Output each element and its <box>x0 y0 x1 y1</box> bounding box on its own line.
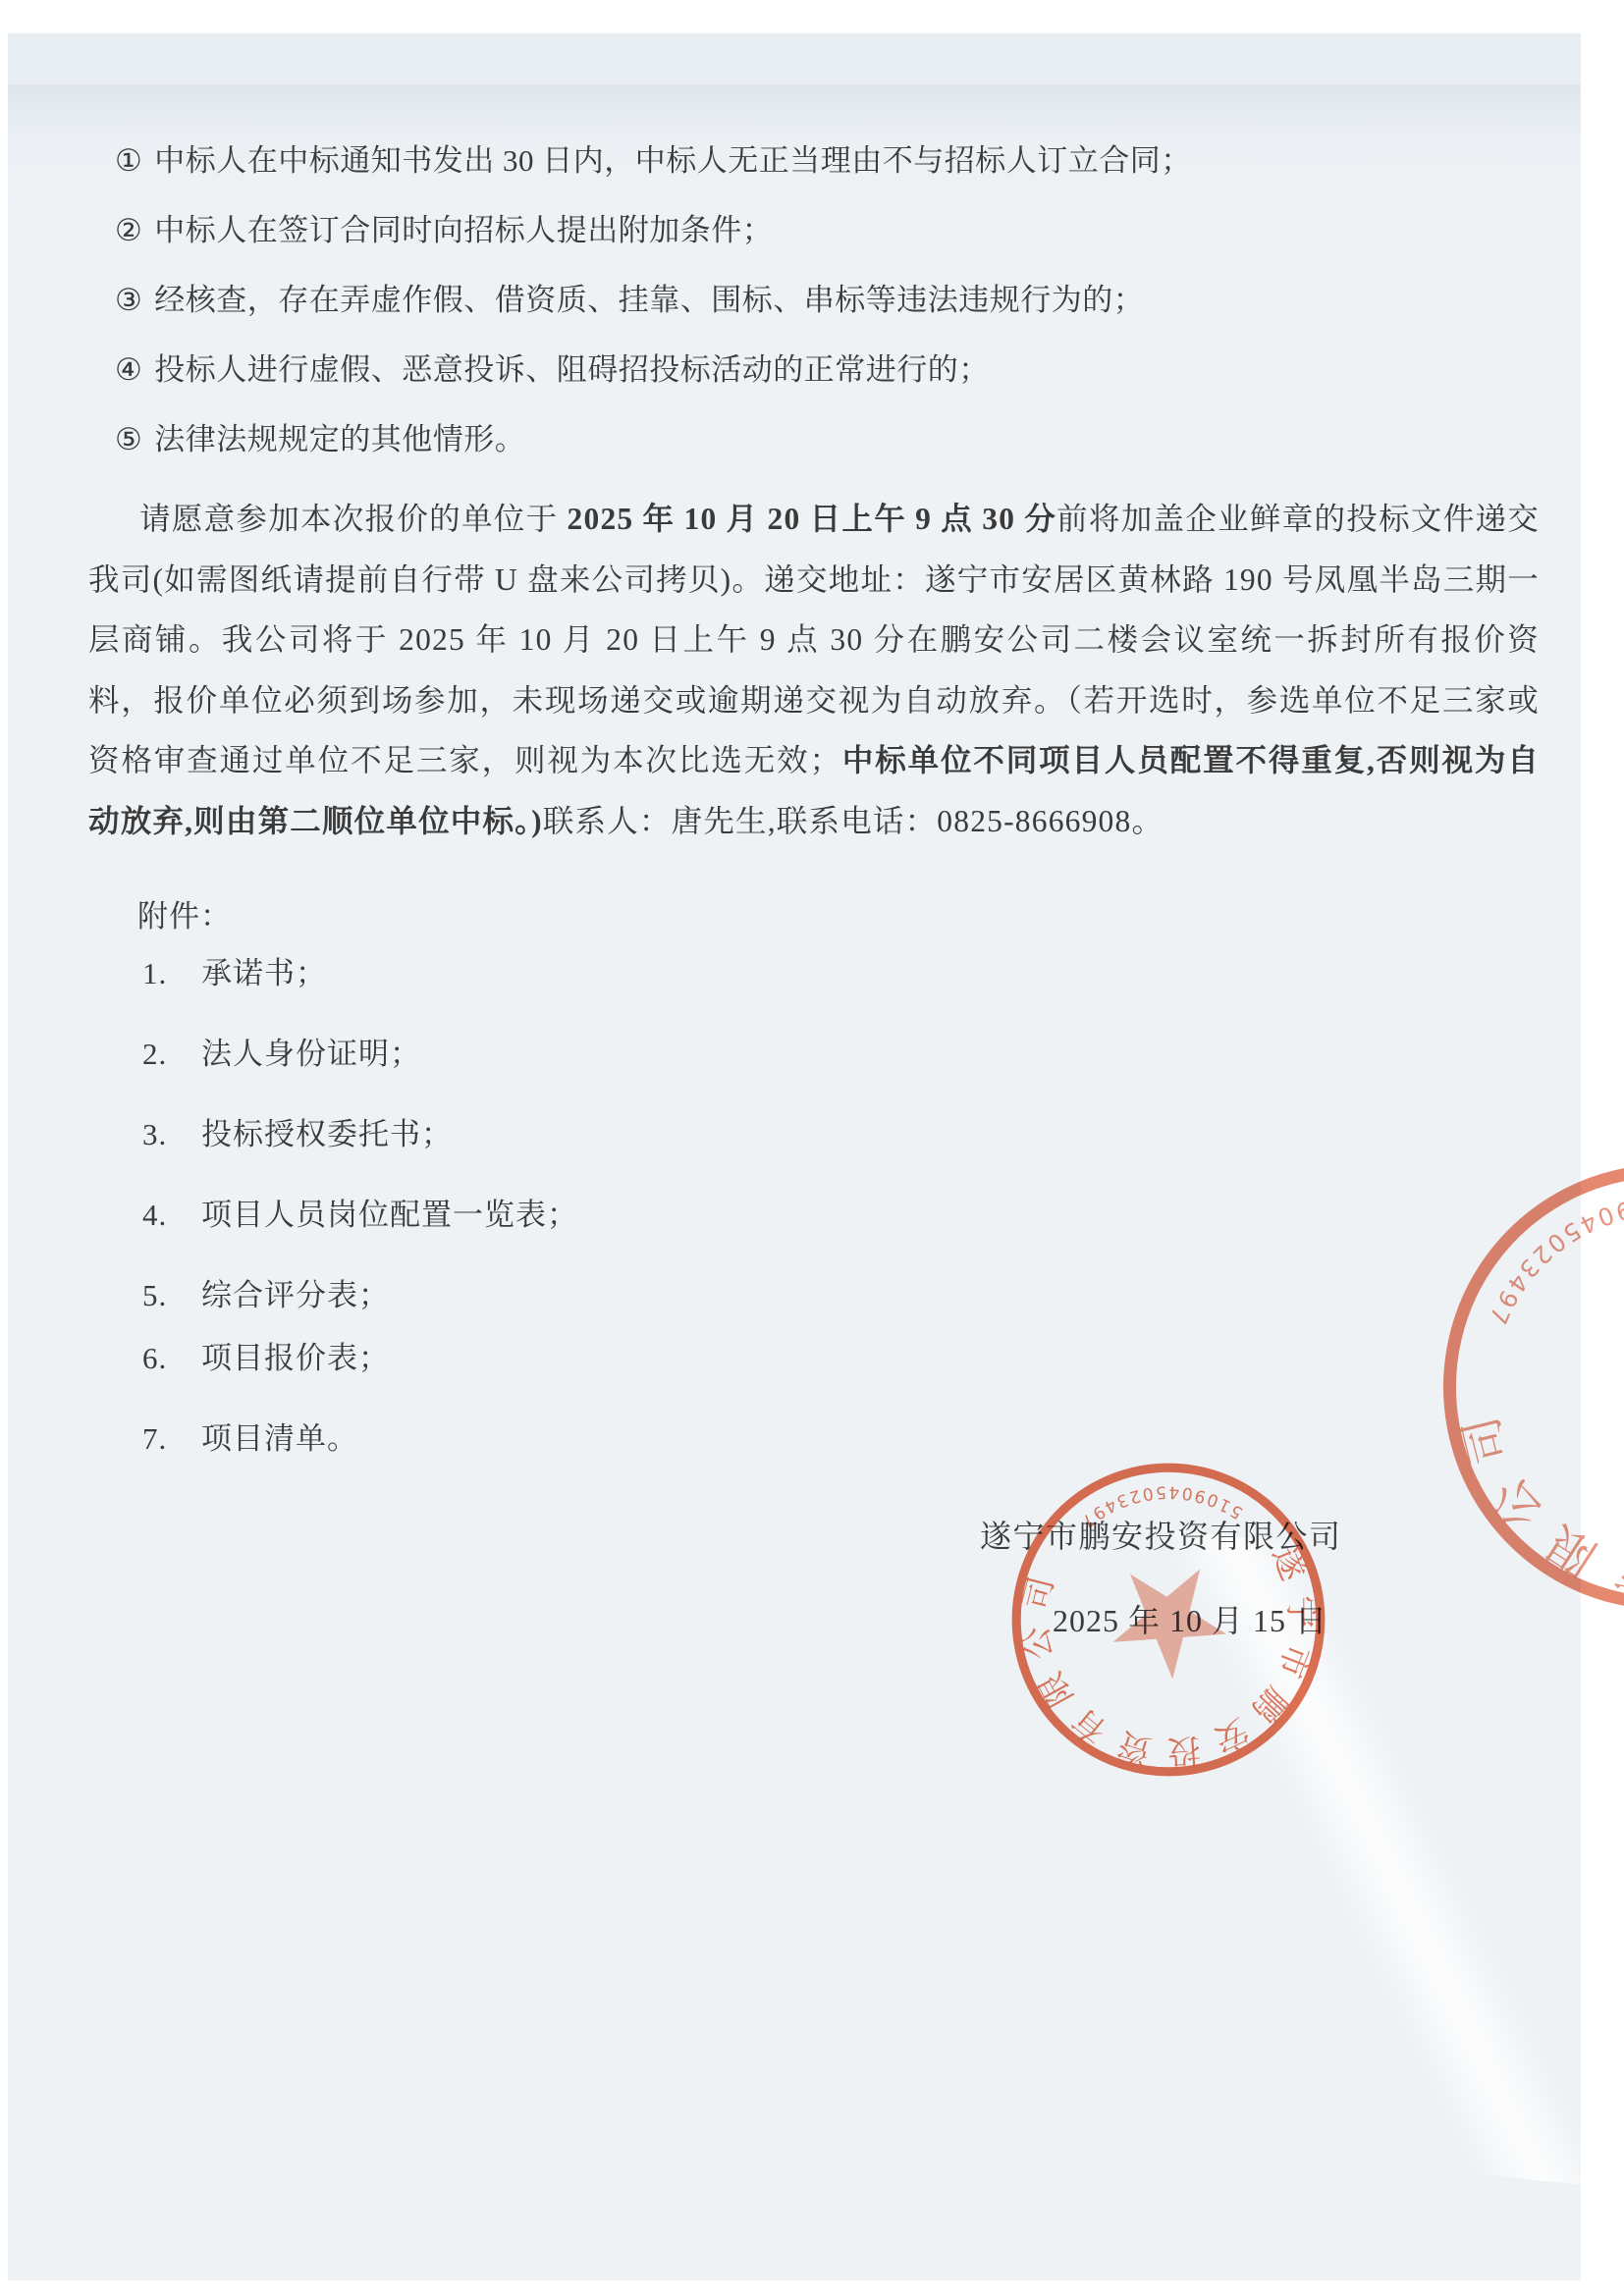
paragraph-segment: 请愿意参加本次报价的单位于 <box>139 502 568 536</box>
attachment-item: 4.项目人员岗位配置一览表； <box>142 1200 578 1230</box>
attachment-number: 4. <box>142 1200 201 1230</box>
attachment-number: 6. <box>142 1343 201 1373</box>
company-seal-stamp: 遂宁市鹏安投资有限公司 5109045023497 <box>988 1439 1348 1799</box>
clause-number: ② <box>115 213 142 247</box>
attachment-item: 1.承诺书； <box>142 958 578 988</box>
attachment-text: 法人身份证明； <box>201 1039 421 1069</box>
attachment-item: 2.法人身份证明； <box>142 1039 578 1069</box>
attachment-item: 7.项目清单。 <box>142 1423 578 1454</box>
attachment-number: 1. <box>142 958 201 988</box>
seal-ring <box>1368 1089 1624 1685</box>
clause-text: 中标人在中标通知书发出 30 日内，中标人无正当理由不与招标人订立合同； <box>154 143 1192 178</box>
clause-text: 经核查，存在弄虚作假、借资质、挂靠、围标、串标等违法违规行为的； <box>154 283 1144 317</box>
paragraph-segment: 前将加盖企业鲜章的投标文件递交我司(如需图纸请提前自行带 U 盘来公司拷贝)。递… <box>88 502 1540 777</box>
attachments-list: 1.承诺书； 2.法人身份证明； 3.投标授权委托书； 4.项目人员岗位配置一览… <box>142 958 578 1454</box>
clause-text: 投标人进行虚假、恶意投诉、阻碍招投标活动的正常进行的； <box>154 352 990 387</box>
clause-item: ②中标人在签订合同时向招标人提出附加条件； <box>115 215 1548 245</box>
clause-number: ③ <box>115 283 142 317</box>
attachment-number: 5. <box>142 1280 201 1310</box>
clause-item: ③经核查，存在弄虚作假、借资质、挂靠、围标、串标等违法违规行为的； <box>115 285 1548 315</box>
clause-list: ①中标人在中标通知书发出 30 日内，中标人无正当理由不与招标人订立合同； ②中… <box>115 145 1548 494</box>
document-content: ①中标人在中标通知书发出 30 日内，中标人无正当理由不与招标人订立合同； ②中… <box>0 0 1624 2296</box>
clause-text: 法律法规规定的其他情形。 <box>154 422 525 456</box>
clause-number: ⑤ <box>115 422 142 456</box>
clause-item: ①中标人在中标通知书发出 30 日内，中标人无正当理由不与招标人订立合同； <box>115 145 1548 176</box>
clause-item: ⑤法律法规规定的其他情形。 <box>115 424 1548 454</box>
attachments-label: 附件： <box>137 891 232 935</box>
attachment-number: 7. <box>142 1423 201 1454</box>
partial-edge-seal-stamp: 遂宁市鹏安投资有限公司 5109045023497 <box>1334 1055 1624 1718</box>
attachment-text: 综合评分表； <box>201 1280 390 1310</box>
attachment-number: 2. <box>142 1039 201 1069</box>
clause-text: 中标人在签订合同时向招标人提出附加条件； <box>154 213 773 247</box>
attachment-item: 6.项目报价表； <box>142 1343 578 1373</box>
clause-number: ④ <box>115 352 142 387</box>
attachment-text: 项目清单。 <box>201 1423 358 1454</box>
attachment-number: 3. <box>142 1119 201 1149</box>
clause-number: ① <box>115 143 142 178</box>
paragraph-segment-bold: 2025 年 10 月 20 日上午 9 点 30 分 <box>568 502 1057 536</box>
attachment-text: 承诺书； <box>201 958 327 988</box>
clause-item: ④投标人进行虚假、恶意投诉、阻碍招投标活动的正常进行的； <box>115 354 1548 385</box>
partial-seal-svg: 遂宁市鹏安投资有限公司 5109045023497 <box>1334 1055 1624 1718</box>
attachment-item: 5.综合评分表； <box>142 1280 578 1310</box>
attachment-item: 3.投标授权委托书； <box>142 1119 578 1149</box>
paragraph-segment: 联系人：唐先生,联系电话：0825-8666908。 <box>543 804 1164 838</box>
body-paragraph: 请愿意参加本次报价的单位于 2025 年 10 月 20 日上午 9 点 30 … <box>88 489 1540 851</box>
seal-star-icon <box>1109 1568 1229 1683</box>
attachment-text: 项目报价表； <box>201 1343 390 1373</box>
attachment-text: 项目人员岗位配置一览表； <box>201 1200 578 1230</box>
scanned-document-page: ①中标人在中标通知书发出 30 日内，中标人无正当理由不与招标人订立合同； ②中… <box>0 0 1624 2296</box>
attachment-text: 投标授权委托书； <box>201 1119 453 1149</box>
company-seal-svg: 遂宁市鹏安投资有限公司 5109045023497 <box>988 1439 1348 1799</box>
